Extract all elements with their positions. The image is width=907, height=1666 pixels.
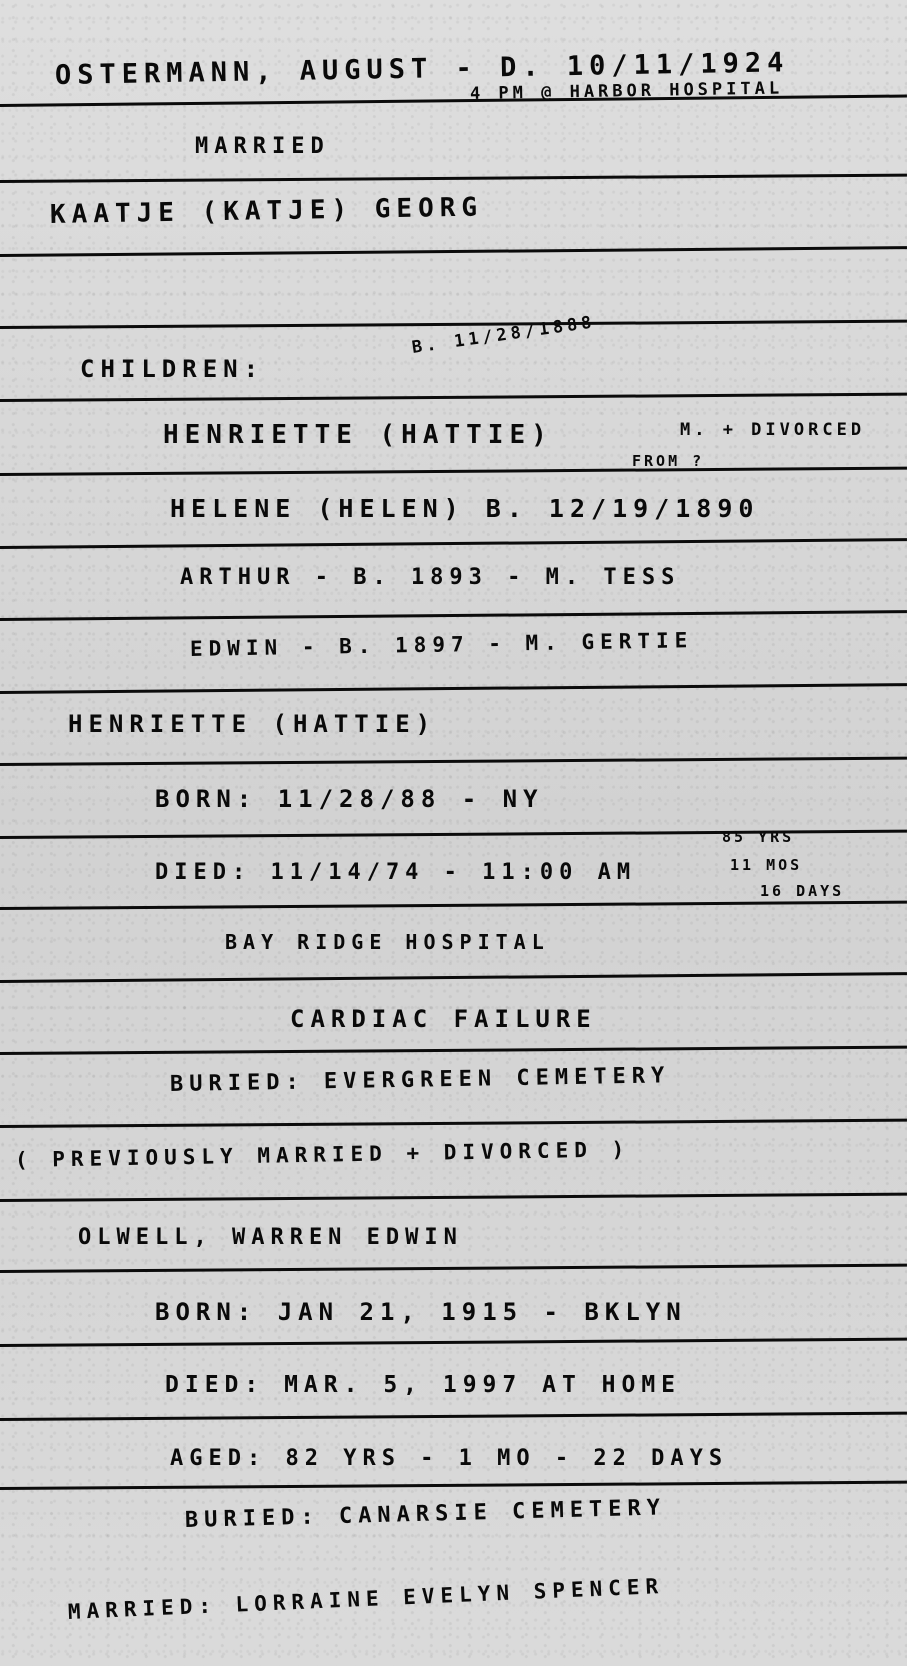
ruled-line [0, 320, 907, 329]
ruled-line [0, 246, 907, 257]
child-henriette: HENRIETTE (HATTIE) [163, 420, 553, 450]
ruled-line [0, 972, 907, 983]
ruled-line [0, 538, 907, 549]
olwell-age: AGED: 82 YRS - 1 MO - 22 DAYS [170, 1446, 728, 1471]
ruled-line [0, 174, 907, 183]
henriette-age-months: 11 MOS [730, 856, 802, 874]
married-label: MARRIED [195, 134, 330, 159]
ruled-line [0, 1264, 907, 1273]
olwell-died: DIED: MAR. 5, 1997 AT HOME [165, 1372, 681, 1398]
child-arthur: ARTHUR - B. 1893 - M. TESS [180, 565, 680, 590]
child-edwin: EDWIN - B. 1897 - M. GERTIE [190, 628, 694, 661]
henriette-age-years: 85 YRS [722, 828, 794, 846]
spouse-name: KAATJE (KATJE) GEORG [50, 192, 484, 230]
henriette-born: BORN: 11/28/88 - NY [155, 785, 544, 813]
ruled-line [0, 393, 907, 402]
ruled-line [0, 901, 907, 910]
henriette-divorce-note: M. + DIVORCED [680, 420, 865, 440]
olwell-born: BORN: JAN 21, 1915 - BKLYN [155, 1298, 687, 1326]
henriette-died: DIED: 11/14/74 - 11:00 AM [155, 860, 636, 885]
ruled-line [0, 1481, 907, 1490]
ruled-line [0, 1412, 907, 1421]
document-page: OSTERMANN, AUGUST - D. 10/11/1924 4 PM @… [0, 0, 907, 1666]
olwell-spouse: MARRIED: LORRAINE EVELYN SPENCER [67, 1574, 664, 1624]
ruled-line [0, 1046, 907, 1055]
ruled-line [0, 1338, 907, 1347]
section-henriette: HENRIETTE (HATTIE) [68, 710, 436, 738]
child-birth-note: B. 11/28/1888 [411, 312, 597, 358]
children-label: CHILDREN: [80, 355, 264, 383]
henriette-cause-of-death: CARDIAC FAILURE [290, 1005, 597, 1033]
ruled-line [0, 683, 907, 694]
henriette-marital-note: ( PREVIOUSLY MARRIED + DIVORCED ) [15, 1137, 631, 1172]
henriette-age-days: 16 DAYS [760, 882, 844, 900]
ruled-line [0, 610, 907, 621]
henriette-burial: BURIED: EVERGREEN CEMETERY [170, 1063, 671, 1097]
henriette-death-place: BAY RIDGE HOSPITAL [225, 930, 550, 954]
child-helene: HELENE (HELEN) B. 12/19/1890 [170, 494, 759, 523]
henriette-divorce-from-note: FROM ? [632, 452, 704, 470]
ruled-line [0, 467, 907, 476]
ruled-line [0, 757, 907, 766]
death-place-note: 4 PM @ HARBOR HOSPITAL [470, 79, 783, 104]
olwell-burial: BURIED: CANARSIE CEMETERY [185, 1495, 667, 1533]
ruled-line [0, 1193, 907, 1202]
section-olwell: OLWELL, WARREN EDWIN [78, 1225, 463, 1250]
ruled-line [0, 1119, 907, 1128]
